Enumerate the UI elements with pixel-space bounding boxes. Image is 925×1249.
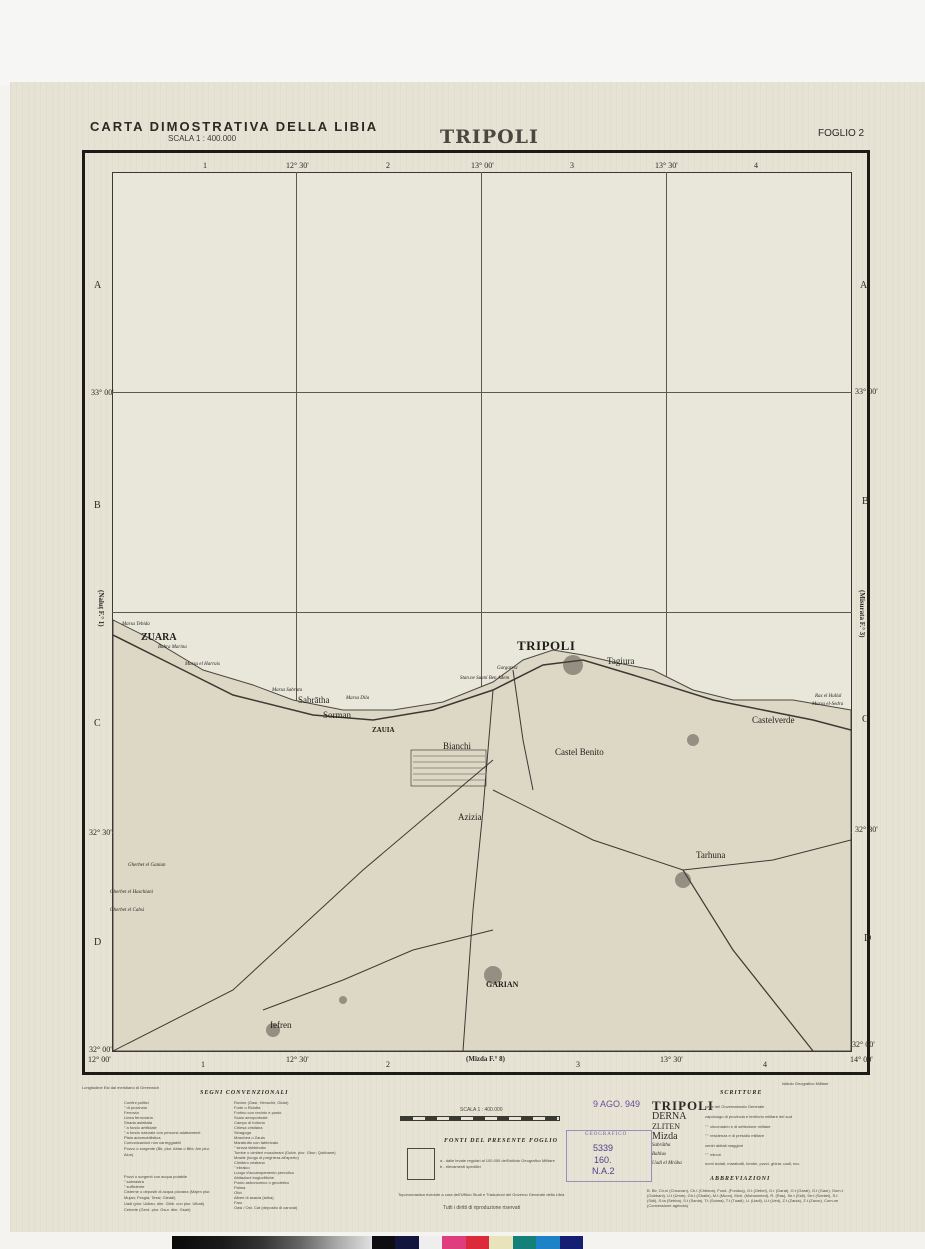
writing-sample: ZLITEN <box>652 1122 680 1131</box>
latitude-label: 32° 00' <box>852 1040 875 1049</box>
column-number: 3 <box>570 161 574 170</box>
abbrev-title: ABBREVIAZIONI <box>710 1176 770 1182</box>
writing-sample: Sabrātha <box>652 1143 670 1148</box>
longitude-note: Longitudine Est dal meridiano di Greenwi… <box>82 1085 159 1091</box>
row-letter: C <box>862 714 869 725</box>
latitude-label: 32° 30' <box>855 825 878 834</box>
writing-sample: Uadi el Mràba <box>652 1161 682 1166</box>
longitude-label: 12° 30' <box>286 1055 309 1064</box>
place-tarhuna[interactable]: Tarhuna <box>696 850 725 860</box>
row-letter: B <box>94 500 101 511</box>
grayscale-strip <box>172 1236 372 1249</box>
series-title: CARTA DIMOSTRATIVA DELLA LIBIA <box>90 119 378 134</box>
scale-bar <box>400 1116 560 1121</box>
column-number: 1 <box>203 161 207 170</box>
color-patch <box>419 1236 442 1249</box>
abbrev-text: B. Bir, Ch.ni (Chouvan), Ch.t (Chbima), … <box>647 1188 847 1208</box>
row-letter: D <box>864 933 871 944</box>
longitude-label: 13° 00' <box>471 161 494 170</box>
place-minor: Marsa Sabrata <box>272 688 302 693</box>
legend-title: SEGNI CONVENZIONALI <box>200 1090 289 1096</box>
stamp-number: 160. <box>594 1155 612 1165</box>
toponymy-note: Toponomastica rivedute a cura dell'Uffic… <box>398 1192 564 1198</box>
latitude-label: 32° 00' <box>89 1045 112 1054</box>
date-stamp: 9 AGO. 949 <box>593 1099 640 1109</box>
column-number: 1 <box>201 1060 205 1069</box>
place-minor: Bahra Marina <box>158 645 187 650</box>
legend-item: Oasi / Ost. Cat (deposito di carovai) <box>234 1205 297 1211</box>
legend-item: Pozzo o sorgente (Bir, plur. Abiar o Bib… <box>124 1146 219 1158</box>
writing-desc: centri abitati maggiori <box>705 1143 743 1149</box>
sheet-number: FOGLIO 2 <box>818 128 864 139</box>
place-minor: Gargaresc <box>497 666 518 671</box>
place-azizia[interactable]: Azizia <box>458 812 481 822</box>
color-patch <box>513 1236 536 1249</box>
sheet-name: TRIPOLI <box>440 126 539 148</box>
column-number: 2 <box>386 161 390 170</box>
adjacent-sheet-west: (Naluṭ F.° 1) <box>97 590 105 627</box>
stamp-header: GEOGRAFICO <box>585 1132 627 1137</box>
sources-title: FONTI DEL PRESENTE FOGLIO <box>444 1138 558 1144</box>
stamp-number: 5339 <box>593 1143 613 1153</box>
place-minor: Gherbet el Haschiani <box>110 890 153 895</box>
column-number: 4 <box>763 1060 767 1069</box>
legend-item: Uadi (plur. Uidian, dim. Gibb. con plur.… <box>124 1201 219 1213</box>
grid-line-h <box>112 392 852 393</box>
adjacent-sheet-east: (Misurata F.° 3) <box>858 590 866 637</box>
longitude-label: 13° 30' <box>660 1055 683 1064</box>
header-scale: SCALA 1 : 400.000 <box>168 134 236 143</box>
place-zauia[interactable]: ZAUIA <box>372 726 395 734</box>
place-garian[interactable]: GARIAN <box>486 980 518 989</box>
writing-desc: " " minori <box>705 1152 721 1158</box>
place-minor: Marsa el Harrais <box>185 662 220 667</box>
row-letter: D <box>94 937 101 948</box>
longitude-label: 12° 00' <box>88 1055 111 1064</box>
writing-desc: " " residenza e di presidio militare <box>705 1133 764 1139</box>
sources-diagram <box>407 1148 435 1180</box>
place-minor: Gherbet el Cabsi <box>110 908 144 913</box>
color-patch <box>536 1236 560 1249</box>
color-patch <box>489 1236 513 1249</box>
latitude-label: 33° 00' <box>855 387 878 396</box>
color-patch <box>395 1236 419 1249</box>
longitude-label: 13° 30' <box>655 161 678 170</box>
color-patch <box>466 1236 489 1249</box>
color-patch <box>560 1236 583 1249</box>
latitude-label: 33° 00' <box>91 388 114 397</box>
source-item: b - rilevamenti speditivi <box>440 1164 481 1170</box>
place-minor: Marsa el-Sedra <box>812 702 843 707</box>
place-tripoli[interactable]: TRIPOLI <box>517 638 575 654</box>
writing-sample: Mizda <box>652 1131 678 1142</box>
place-tagiura[interactable]: Tagiura <box>607 656 634 666</box>
column-number: 4 <box>754 161 758 170</box>
column-number: 2 <box>386 1060 390 1069</box>
writings-title: SCRITTURE <box>720 1090 762 1096</box>
writing-sample: Bahlus <box>652 1152 666 1157</box>
place-castelverde[interactable]: Castelverde <box>752 715 794 725</box>
place-minor: Stan.ne Suani Ben Adem <box>460 676 509 681</box>
longitude-label: 14° 00' <box>850 1055 873 1064</box>
place-minor: Marsa Tebida <box>122 622 150 627</box>
publisher: Istituto Geografico Militare <box>782 1081 828 1087</box>
rights-note: Tutti i diritti di riproduzione riservat… <box>443 1205 520 1211</box>
place-sorman[interactable]: Sorman <box>323 710 351 720</box>
longitude-label: 12° 30' <box>286 161 309 170</box>
place-minor: Ras el Hallal <box>815 694 841 699</box>
scale-label: SCALA 1 : 400.000 <box>460 1107 503 1113</box>
row-letter: A <box>94 280 101 291</box>
row-letter: A <box>860 280 867 291</box>
writing-desc: " " circondario e di settezione militare <box>705 1124 771 1130</box>
writing-desc: nomi isolati, marabutti, tombe, pozzi, g… <box>705 1161 800 1167</box>
column-number: 3 <box>576 1060 580 1069</box>
writing-sample: DERNA <box>652 1111 686 1122</box>
row-letter: B <box>862 496 869 507</box>
adjacent-sheet-south: (Mizda F.° 8) <box>466 1055 505 1063</box>
color-patch <box>372 1236 395 1249</box>
writing-desc: capoluogo di provincia e territorio mili… <box>705 1114 792 1120</box>
row-letter: C <box>94 718 101 729</box>
writing-desc: sede del Governatorato Generale <box>705 1104 764 1110</box>
stamp-number: N.A.2 <box>592 1166 615 1176</box>
place-minor: Gherbet el Ganian <box>128 863 166 868</box>
place-sabratha[interactable]: Sabrātha <box>298 695 330 705</box>
place-castel-benito[interactable]: Castel Benito <box>555 747 604 757</box>
scan-background <box>0 0 925 85</box>
place-bianchi[interactable]: Bianchi <box>443 741 471 751</box>
place-iefren[interactable]: Iefren <box>270 1020 291 1030</box>
legend-item: Cisterne o depositi di acqua piovana (Ma… <box>124 1189 219 1201</box>
place-zuara[interactable]: ZUARA <box>141 632 177 643</box>
color-patch <box>442 1236 466 1249</box>
latitude-label: 32° 30' <box>89 828 112 837</box>
place-minor: Marsa Dila <box>346 696 369 701</box>
